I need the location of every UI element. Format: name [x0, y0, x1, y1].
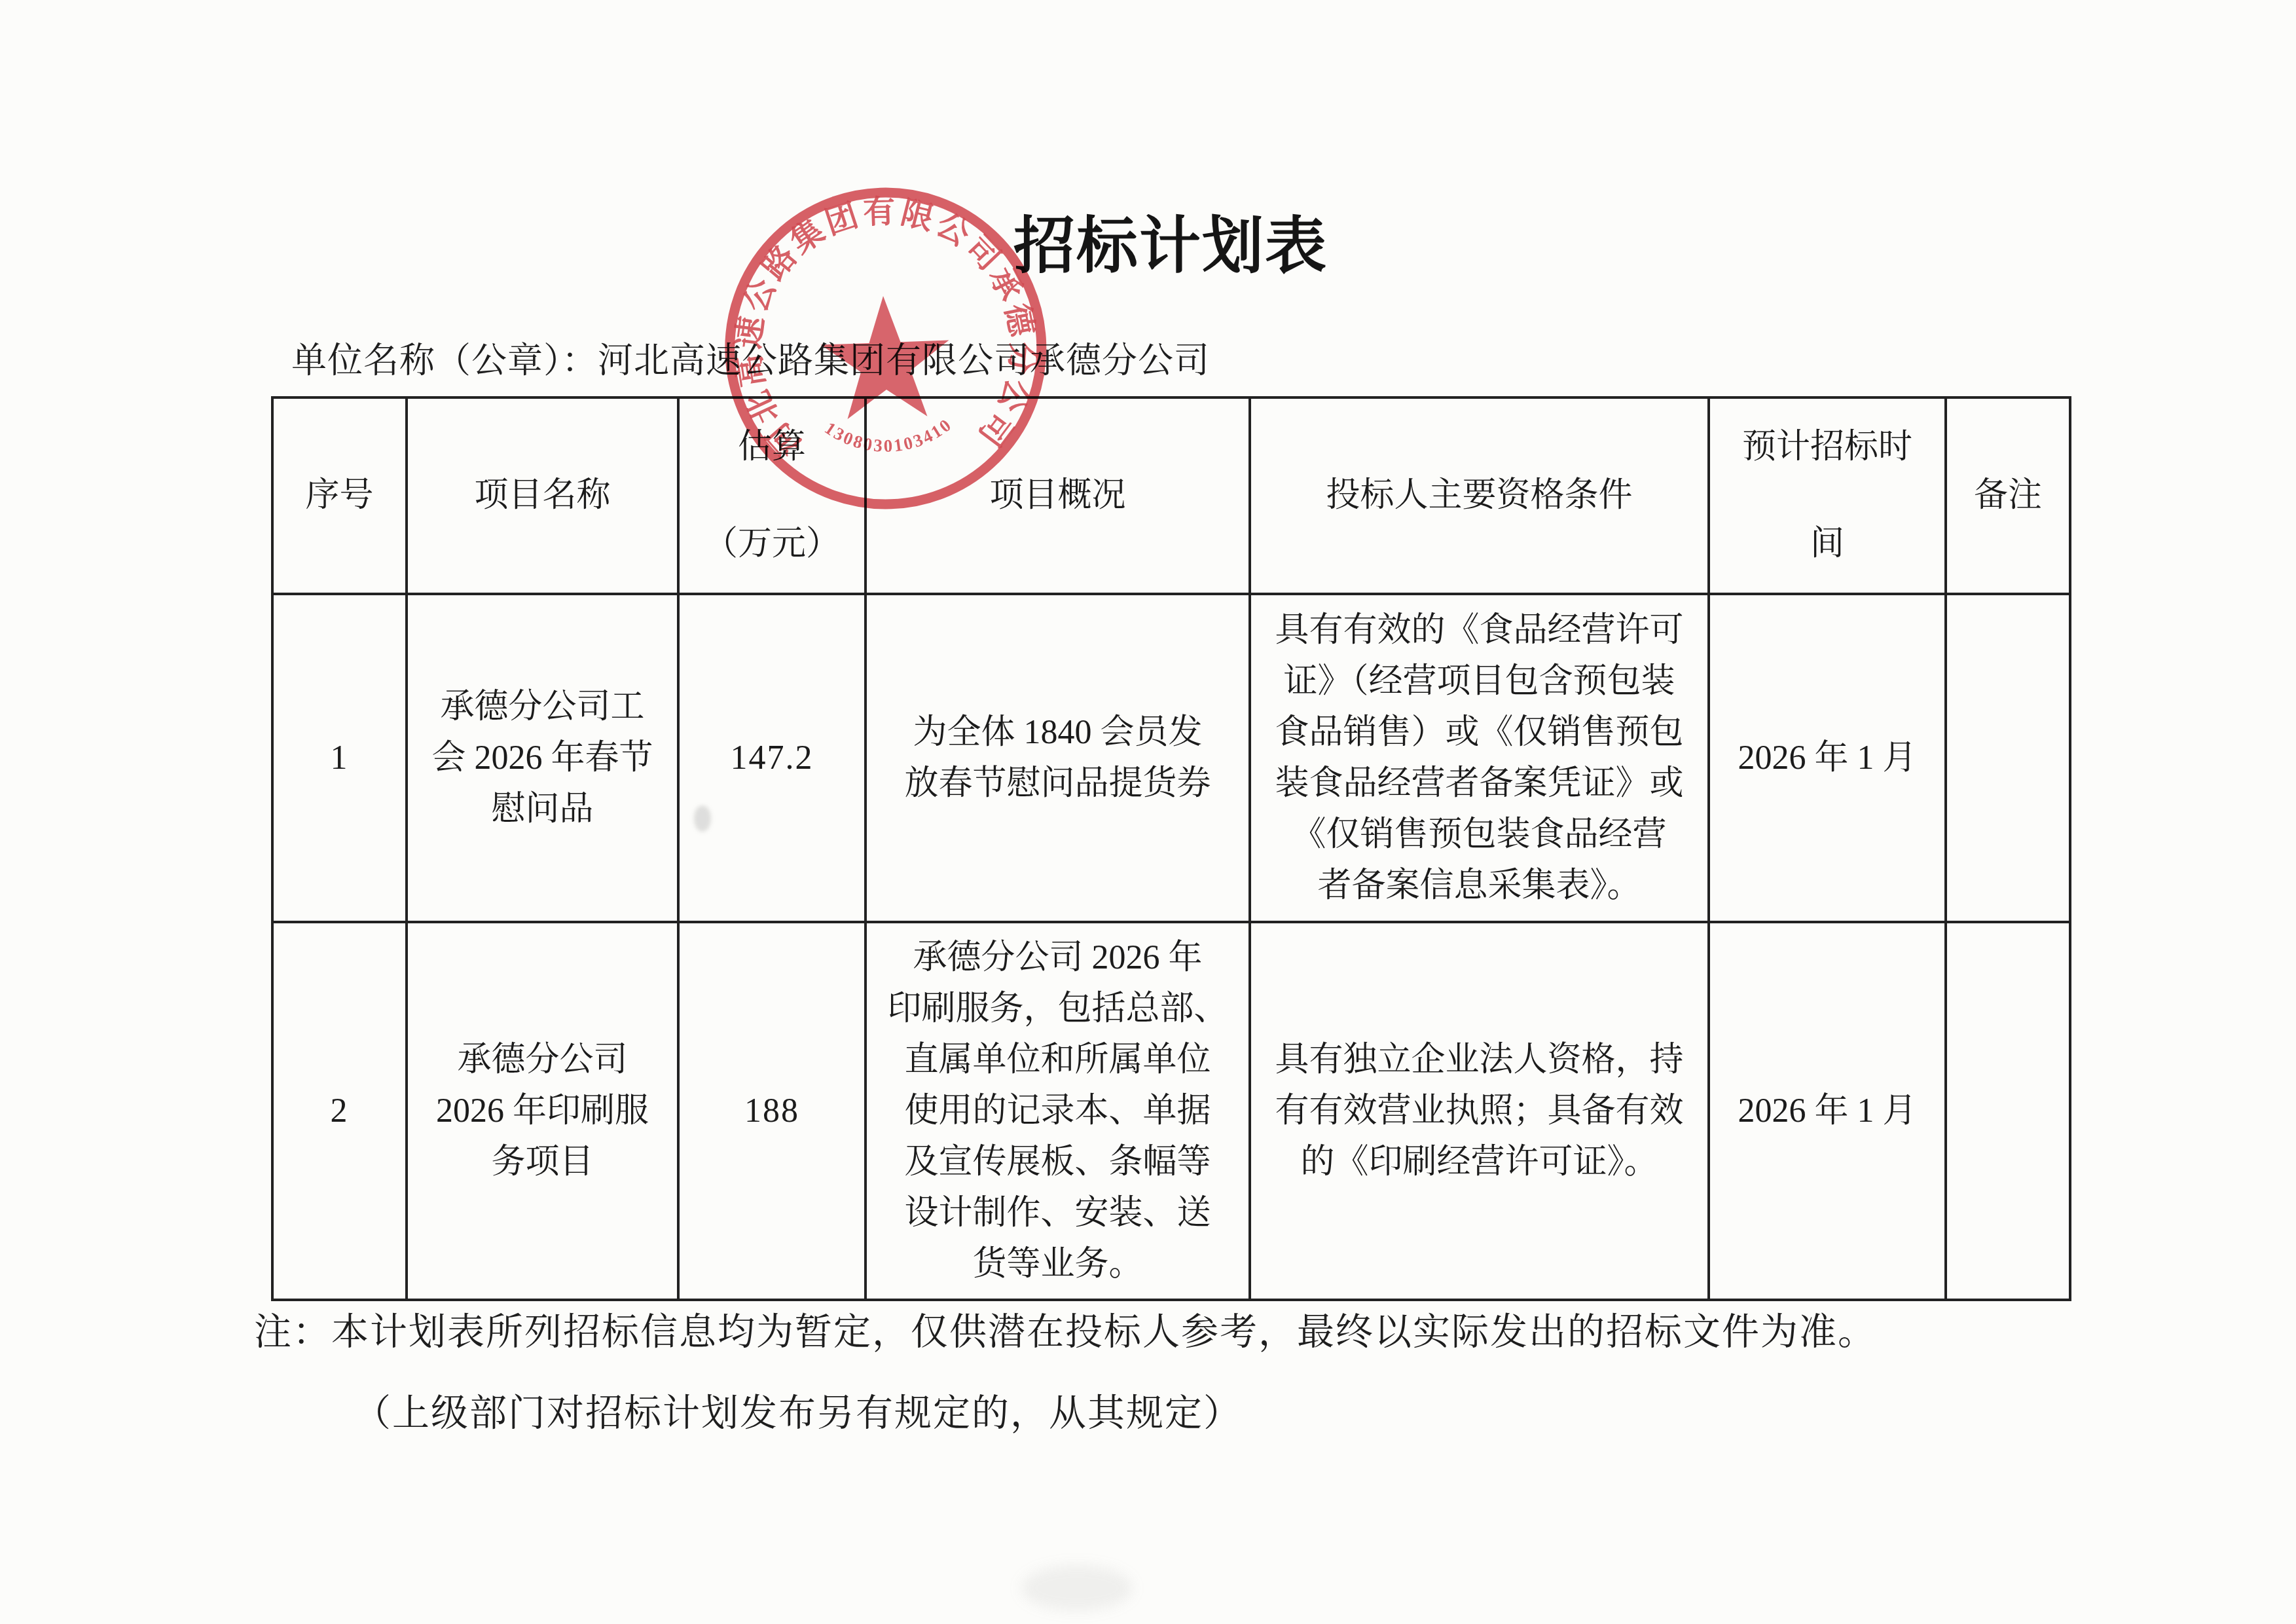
unit-name-label: 单位名称（公章）：: [291, 341, 598, 380]
cell-remarks-1: [1946, 594, 2070, 922]
col-header-project-name: 项目名称: [407, 397, 678, 594]
cell-qualifications-2: 具有独立企业法人资格，持 有有效营业执照；具备有效 的《印刷经营许可证》。: [1250, 922, 1709, 1300]
page-title: 招标计划表: [1013, 196, 1328, 285]
table-header-row: 序号 项目名称 估算 （万元） 项目概况 投标人主要资格条件 预计招标时 间 备…: [272, 397, 2070, 594]
cell-bid-time-2: 2026 年 1 月: [1709, 922, 1946, 1300]
stamp-star-icon: [819, 294, 951, 420]
cell-seq-1: 1: [272, 594, 407, 922]
table-row: 2 承德分公司 2026 年印刷服 务项目 188 承德分公司 2026 年 印…: [272, 922, 2070, 1300]
col-header-seq: 序号: [272, 397, 407, 594]
scan-smudge: [694, 805, 711, 832]
cell-remarks-2: [1946, 922, 2070, 1300]
stamp-registration-number: 1308030103410: [821, 414, 957, 458]
col-header-qualifications: 投标人主要资格条件: [1250, 397, 1709, 594]
footnote-main: 注：本计划表所列招标信息均为暂定，仅供潜在投标人参考，最终以实际发出的招标文件为…: [254, 1302, 1876, 1356]
cell-project-name-1: 承德分公司工 会 2026 年春节 慰问品: [407, 594, 678, 922]
cell-seq-2: 2: [272, 922, 407, 1300]
cell-estimate-2: 188: [678, 922, 866, 1300]
table-row: 1 承德分公司工 会 2026 年春节 慰问品 147.2 为全体 1840 会…: [272, 594, 2070, 922]
footnote-secondary: （上级部门对招标计划发布另有规定的，从其规定）: [354, 1383, 1242, 1437]
bidding-plan-table: 序号 项目名称 估算 （万元） 项目概况 投标人主要资格条件 预计招标时 间 备…: [271, 396, 2071, 1301]
cell-qualifications-1: 具有有效的《食品经营许可 证》（经营项目包含预包装 食品销售）或《仅销售预包 装…: [1250, 594, 1709, 922]
official-seal-stamp: 河北高速公路集团有限公司承德分公司 1308030103410: [710, 170, 1063, 535]
col-header-bid-time: 预计招标时 间: [1709, 397, 1946, 594]
scanned-page: 招标计划表 单位名称（公章）：河北高速公路集团有限公司承德分公司 序号 项目名称…: [0, 0, 2296, 1624]
col-header-remarks: 备注: [1946, 397, 2070, 594]
cell-overview-2: 承德分公司 2026 年 印刷服务，包括总部、 直属单位和所属单位 使用的记录本…: [866, 922, 1250, 1300]
stamp-number-text-path-holder: 1308030103410: [821, 414, 957, 458]
cell-project-name-2: 承德分公司 2026 年印刷服 务项目: [407, 922, 678, 1300]
cell-overview-1: 为全体 1840 会员发 放春节慰问品提货券: [866, 594, 1250, 922]
scan-smudge: [1021, 1565, 1133, 1611]
cell-estimate-1: 147.2: [678, 594, 866, 922]
cell-bid-time-1: 2026 年 1 月: [1709, 594, 1946, 922]
